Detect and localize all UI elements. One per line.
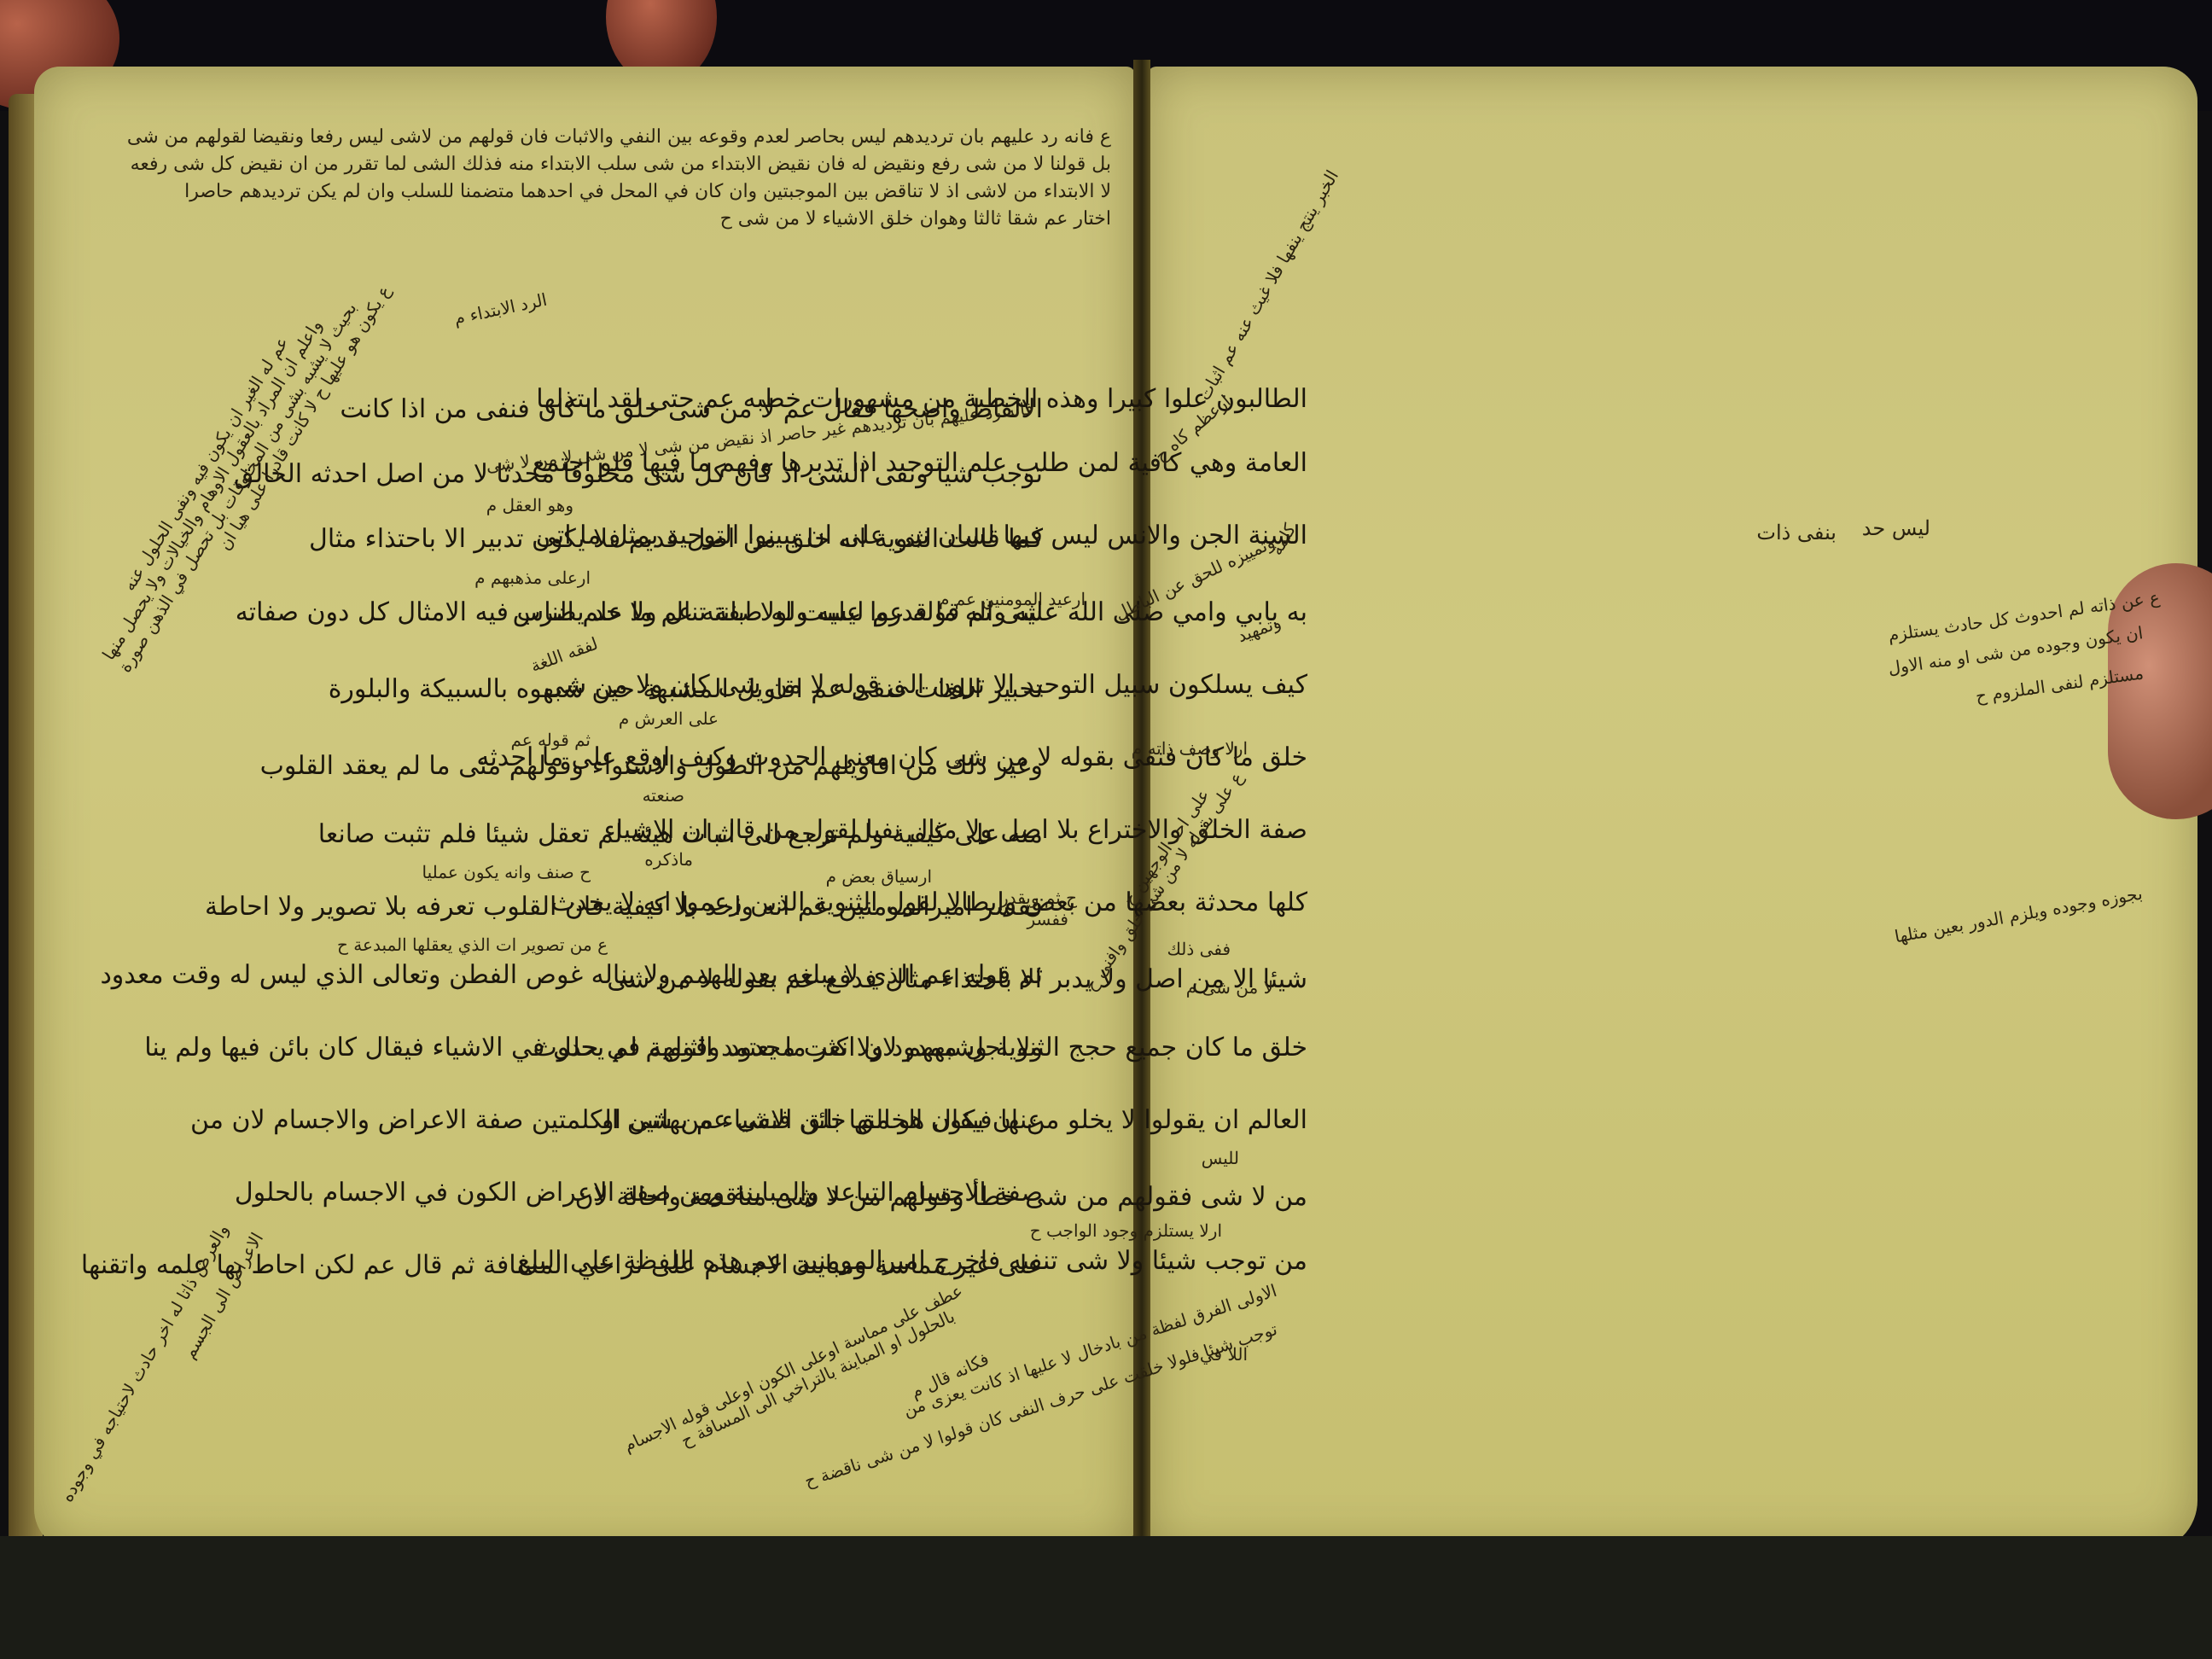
right-gloss-8: ارسياق بعض م [826, 866, 932, 887]
right-inner-note-3: ففى ذلك [1167, 939, 1231, 959]
right-gloss-7: لا من شى م [1186, 977, 1273, 998]
left-top-line-4: اختار عم شقا ثالثا وهوان خلق الاشياء لا … [720, 208, 1111, 230]
right-gloss-10: لليس [1202, 1148, 1239, 1168]
right-main-line-3: السنة الجن والانس ليس فيها لسان نبي على … [536, 521, 1307, 550]
left-side-note-1: ع من تصوير ات الذي يعقلها المبدعة ح [337, 934, 608, 955]
right-main-line-4: به بابي وامي صلى الله عليه واله ما قدروا… [513, 597, 1307, 627]
left-gloss-11: ح صنف وانه يكون عمليا [422, 862, 591, 882]
dark-surface-bottom [0, 1536, 2212, 1659]
left-gloss-9: ماذكره [644, 849, 693, 870]
left-gloss-6: على العرش م [619, 708, 719, 729]
left-top-line-1: ع فانه رد عليهم بان ترديدهم ليس بحاصر لع… [127, 126, 1111, 148]
left-top-line-3: لا الابتداء من لاشى اذ لا تناقض بين المو… [184, 181, 1111, 202]
right-gloss-9: ارلا يستلزم وجود الواجب ح [1030, 1220, 1222, 1241]
right-main-line-11: العالم ان يقولوا لا يخلو من ان يكون الخا… [602, 1105, 1307, 1135]
manuscript-page-right [1148, 67, 2197, 1551]
right-main-line-1: الطالبون علوا كبيرا وهذه الخطبة من مشهور… [536, 384, 1307, 414]
left-top-line-2: بل قولنا لا من شى رفع ونقيض له فان نقيض … [131, 154, 1111, 175]
right-outer-note-2: بنفى ذات [1756, 521, 1837, 544]
left-gloss-3: وهو العقل م [486, 495, 573, 515]
right-gloss-5: ارلا وصف ذاته م [1132, 738, 1248, 759]
right-bottom-note-3: اللا في [1200, 1344, 1248, 1365]
right-main-line-12: من لا شى فقولهم من شى خطأ وقولهم من لا ش… [575, 1182, 1307, 1212]
left-gloss-8: صنعته [643, 785, 684, 806]
right-main-line-13: من توجب شيئا ولا شى تنفيه فاخرج اميرالمو… [517, 1246, 1307, 1276]
right-outer-note-1: ليس حد [1862, 516, 1930, 540]
right-gloss-3: ارعيد المومنين عم م [939, 589, 1086, 609]
right-main-line-5: كيف يسلكون سبيل التوحيد الا ترون الى قول… [544, 670, 1307, 700]
right-main-line-8: كلها محدثة بعضها من بعض وابطالا لقول الث… [551, 888, 1307, 917]
left-gloss-4: ارعلى مذهبهم م [474, 568, 591, 588]
right-main-line-2: العامة وهي كافية لمن طلب علم التوحيد اذا… [533, 448, 1307, 478]
right-main-line-10: خلق ما كان جميع حجج الثنوية وشبههم لان ا… [533, 1033, 1307, 1062]
